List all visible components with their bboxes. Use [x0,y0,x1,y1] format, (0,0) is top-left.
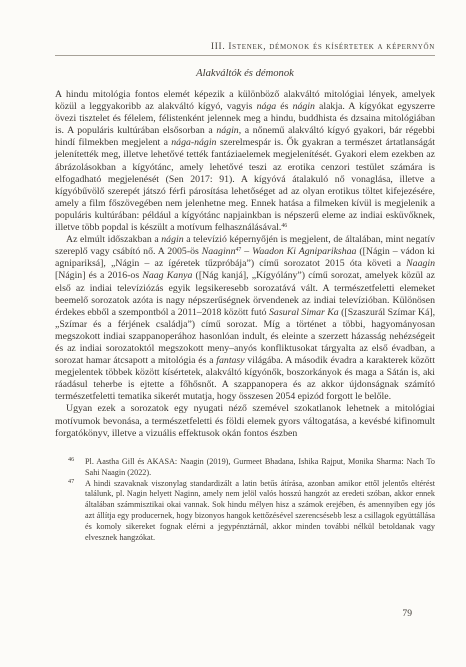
italic-text: Naag Kanya [142,270,192,281]
italic-text: fantasy [216,355,244,366]
footnote-item: 47A hindi szavaknak viszonylag standardi… [55,479,435,544]
footnote-item: 46Pl. Aastha Gill és AKASA: Naagin (2019… [55,457,435,479]
footnotes: 46Pl. Aastha Gill és AKASA: Naagin (2019… [55,457,435,544]
paragraph: Az elmúlt időszakban a nágin a televízió… [55,234,435,403]
footnote-number: 47 [68,477,74,488]
text-run: – [241,246,252,257]
paragraph: Ugyan ezek a sorozatok egy nyugati néző … [55,403,435,439]
italic-text: Waadon Ki Agniparikshaa [252,246,356,257]
running-header: III. Istenek, démonok és kísértetek a ké… [55,42,435,56]
italic-text: nága-nágin [171,137,216,148]
paragraph: A hindu mitológia fontos elemét képezik … [55,89,435,234]
italic-text: nága [257,101,277,112]
text-block: III. Istenek, démonok és kísértetek a ké… [55,42,435,544]
text-run: szerelmespár is. Ők gyakran a természet … [55,137,435,233]
italic-text: nágin [293,101,315,112]
italic-text: Naaginn [202,246,236,257]
footnote-reference: 47 [235,247,241,253]
page-number: 79 [402,608,412,619]
text-run: Ugyan ezek a sorozatok egy nyugati néző … [55,403,435,438]
italic-text: nágin [161,234,183,245]
italic-text: Sasural Simar Ka [269,307,339,318]
book-page: III. Istenek, démonok és kísértetek a ké… [0,0,466,667]
footnote-number: 46 [68,455,74,466]
text-run: [Nágin] és a 2016-os [55,270,142,281]
italic-text: Naagin [406,258,435,269]
text-run: és [276,101,292,112]
body-paragraphs: A hindu mitológia fontos elemét képezik … [55,89,435,440]
footnote-text: Pl. Aastha Gill és AKASA: Naagin (2019),… [85,457,435,477]
section-title: Alakváltók és démonok [55,68,435,79]
footnote-text: A hindi szavaknak viszonylag standardizá… [85,479,435,543]
italic-text: nágin [216,125,238,136]
footnote-reference: 46 [281,223,287,229]
text-run: Az elmúlt időszakban a [66,234,161,245]
